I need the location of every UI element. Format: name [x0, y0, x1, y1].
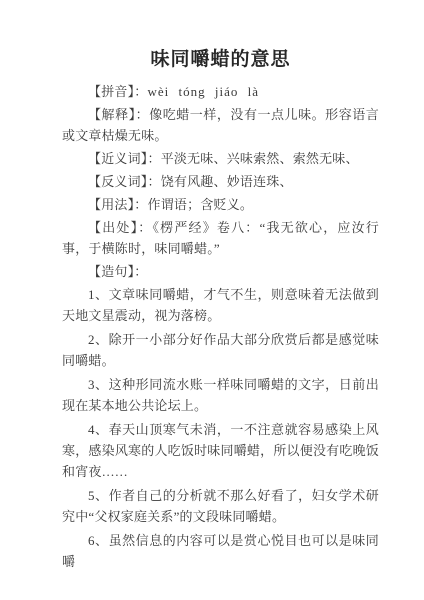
- entry-source: 【出处】：《楞严经》卷八：“我无欲心，应汝行事，于横陈时，味同嚼蜡。”: [62, 217, 379, 259]
- document-body: { "doc": { "title": "味同嚼蜡的意思", "entries"…: [0, 0, 424, 600]
- entry-text: wèi tóng jiáo là: [148, 84, 260, 99]
- entry-label: 【用法】：: [88, 197, 148, 212]
- entry-explanation: 【解释】：像吃蜡一样，没有一点儿味。形容语言或文章枯燥无味。: [62, 104, 379, 146]
- example-sentence-5: 5、作者自己的分析就不那么好看了，妇女学术研究中“父权家庭关系”的文段味同嚼蜡。: [62, 485, 379, 527]
- entry-usage: 【用法】：作谓语；含贬义。: [62, 194, 379, 215]
- example-sentence-6-truncated: 6、虽然信息的内容可以是赏心悦目也可以是味同嚼: [62, 530, 379, 572]
- entry-example-header: 【造句】：: [62, 261, 379, 282]
- entry-label: 【解释】：: [88, 107, 149, 122]
- entry-text: 饶有风趣、妙语连珠、: [161, 174, 293, 189]
- page-title: 味同嚼蜡的意思: [62, 48, 379, 72]
- entry-synonyms: 【近义词】：平淡无味、兴味索然、索然无味、: [62, 148, 379, 169]
- entry-label: 【造句】：: [88, 264, 148, 279]
- document-page: 味同嚼蜡的意思 【拼音】：wèi tóng jiáo là 【解释】：像吃蜡一样…: [0, 0, 424, 600]
- entry-antonyms: 【反义词】：饶有风趣、妙语连珠、: [62, 171, 379, 192]
- entry-text: 平淡无味、兴味索然、索然无味、: [161, 151, 359, 166]
- entry-label: 【拼音】：: [88, 84, 148, 99]
- example-sentence-2: 2、除开一小部分好作品大部分欣赏后都是感觉味同嚼蜡。: [62, 329, 379, 371]
- example-sentence-4: 4、春天山顶寒气未消，一不注意就容易感染上风寒，感染风寒的人吃饭时味同嚼蜡，所以…: [62, 419, 379, 482]
- entry-pinyin: 【拼音】：wèi tóng jiáo là: [62, 81, 379, 102]
- entry-label: 【反义词】：: [88, 174, 161, 189]
- entry-label: 【出处】：: [88, 220, 152, 235]
- entry-text: 作谓语；含贬义。: [148, 197, 254, 212]
- example-sentence-1: 1、文章味同嚼蜡，才气不生，则意味着无法做到天地文星震动，视为落榜。: [62, 284, 379, 326]
- example-sentence-3: 3、这种形同流水账一样味同嚼蜡的文字，日前出现在某本地公共论坛上。: [62, 374, 379, 416]
- entry-label: 【近义词】：: [88, 151, 161, 166]
